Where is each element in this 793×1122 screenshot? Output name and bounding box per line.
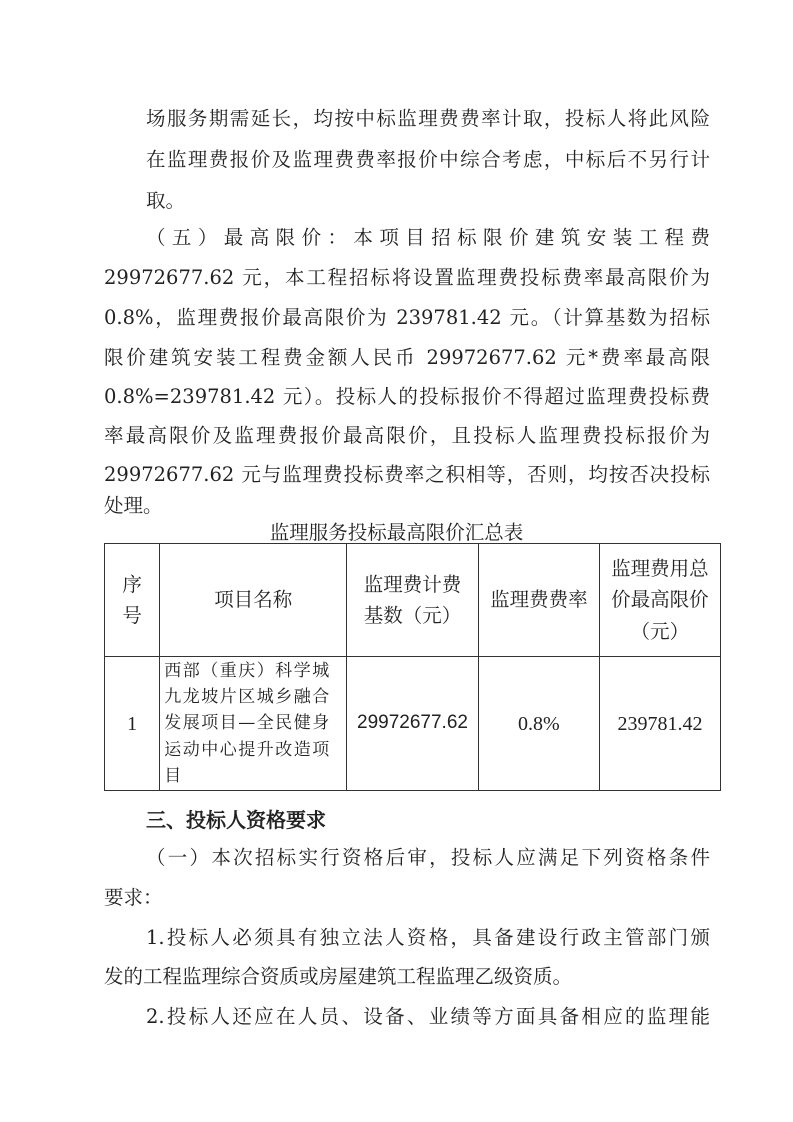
- header-fee-base: 监理费计费 基数（元）: [347, 544, 479, 657]
- header-total-limit: 监理费用总 价最高限价 （元）: [599, 544, 720, 657]
- paragraph-line: 0.8%=239781.42 元）。投标人的投标报价不得超过监理费投标费: [104, 381, 710, 409]
- paragraph-line: 限价建筑安装工程费金额人民币 29972677.62 元*费率最高限: [104, 342, 710, 370]
- paragraph-line: 0.8%，监理费报价最高限价为 239781.42 元。（计算基数为招标: [104, 302, 710, 330]
- paragraph-line: 29972677.62 元与监理费投标费率之积相等，否则，均按否决投标: [104, 459, 710, 487]
- paragraph-line: 发的工程监理综合资质或房屋建筑工程监理乙级资质。: [104, 961, 572, 989]
- table-row: 1 西部（重庆）科学城 九龙坡片区城乡融合 发展项目—全民健身 运动中心提升改造…: [105, 657, 721, 791]
- paragraph-line: 29972677.62 元，本工程招标将设置监理费投标费率最高限价为: [104, 262, 710, 290]
- paragraph-line: 2.投标人还应在人员、设备、业绩等方面具备相应的监理能: [146, 1001, 710, 1029]
- price-limit-summary-table: 序 号 项目名称 监理费计费 基数（元） 监理费费率 监理费用总 价最高限价 （…: [104, 543, 721, 791]
- paragraph-line: 1.投标人必须具有独立法人资格，具备建设行政主管部门颁: [146, 922, 710, 950]
- header-fee-rate: 监理费费率: [478, 544, 599, 657]
- cell-project-name: 西部（重庆）科学城 九龙坡片区城乡融合 发展项目—全民健身 运动中心提升改造项 …: [160, 657, 347, 791]
- section-heading: 三、投标人资格要求: [146, 804, 326, 833]
- header-seq: 序 号: [105, 544, 160, 657]
- paragraph-line: （五）最高限价：本项目招标限价建筑安装工程费: [146, 222, 710, 250]
- document-page: 场服务期需延长，均按中标监理费费率计取，投标人将此风险 在监理费报价及监理费费率…: [0, 0, 793, 1122]
- paragraph-line: 场服务期需延长，均按中标监理费费率计取，投标人将此风险: [146, 103, 710, 131]
- paragraph-line: 在监理费报价及监理费费率报价中综合考虑，中标后不另行计: [146, 144, 710, 172]
- cell-fee-base: 29972677.62: [347, 657, 479, 791]
- paragraph-line: 要求：: [104, 882, 163, 910]
- table-header-row: 序 号 项目名称 监理费计费 基数（元） 监理费费率 监理费用总 价最高限价 （…: [105, 544, 721, 657]
- header-project-name: 项目名称: [160, 544, 347, 657]
- paragraph-line: （一）本次招标实行资格后审，投标人应满足下列资格条件: [146, 842, 710, 870]
- table-caption: 监理服务投标最高限价汇总表: [0, 517, 793, 545]
- paragraph-line: 率最高限价及监理费报价最高限价，且投标人监理费投标报价为: [104, 420, 710, 448]
- cell-seq: 1: [105, 657, 160, 791]
- cell-total-limit: 239781.42: [599, 657, 720, 791]
- paragraph-line: 取。: [146, 185, 185, 213]
- paragraph-line: 处理。: [104, 490, 163, 518]
- cell-fee-rate: 0.8%: [478, 657, 599, 791]
